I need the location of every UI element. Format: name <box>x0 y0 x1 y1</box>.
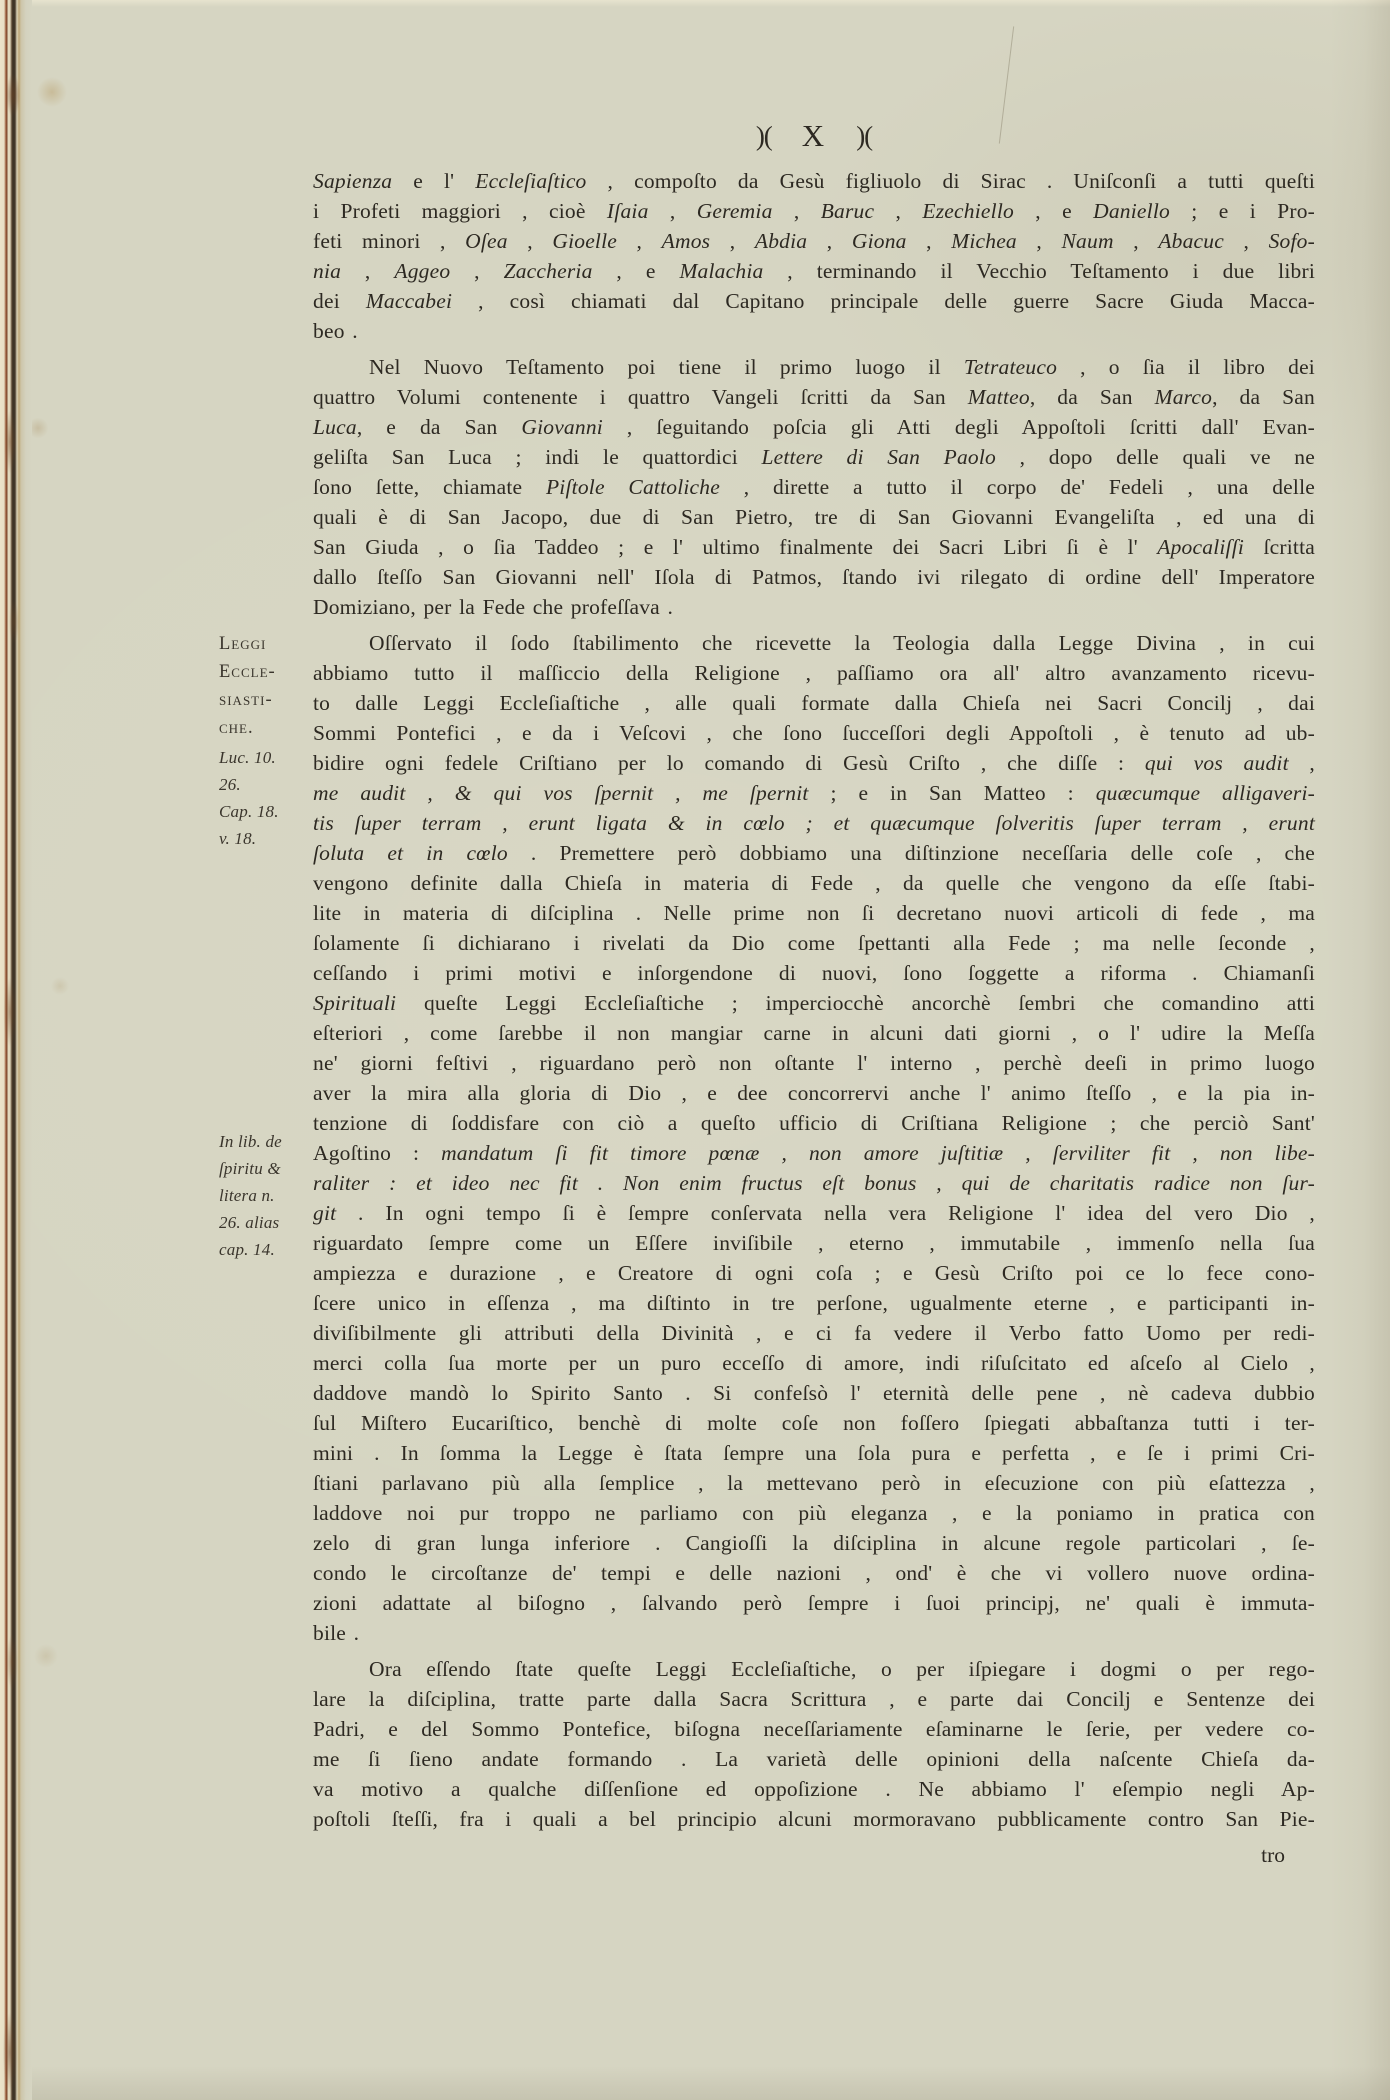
text-line: vengono definite dalla Chieſa in materia… <box>313 868 1315 898</box>
text-line: nia , Aggeo , Zaccheria , e Malachia , t… <box>313 256 1315 286</box>
text-line: daddove mandò lo Spirito Santo . Si conf… <box>313 1378 1315 1408</box>
text-line: dallo ſteſſo San Giovanni nell' Iſola di… <box>313 562 1315 592</box>
text-line: quali è di San Jacopo, due di San Pietro… <box>313 502 1315 532</box>
page-number: X <box>802 118 826 154</box>
margin-note-line: cap. 14. <box>219 1236 313 1263</box>
margin-note-line: Luc. 10. <box>219 744 313 771</box>
margin-note-line: Leggi <box>219 630 313 658</box>
catchword: tro <box>313 1840 1315 1870</box>
text-line: geliſta San Luca ; indi le quattordici L… <box>313 442 1315 472</box>
text-line: Sapienza e l' Eccleſiaſtico , compoſto d… <box>313 166 1315 196</box>
text-line: Nel Nuovo Teſtamento poi tiene il primo … <box>313 352 1315 382</box>
text-line: Sommi Pontefici , e da i Veſcovi , che ſ… <box>313 718 1315 748</box>
text-line: eſteriori , come ſarebbe il non mangiar … <box>313 1018 1315 1048</box>
margin-note-line: 26. <box>219 771 313 798</box>
margin-note-line: In lib. de <box>219 1128 313 1155</box>
paragraph: Sapienza e l' Eccleſiaſtico , compoſto d… <box>313 166 1315 346</box>
text-line: lite in materia di diſciplina . Nelle pr… <box>313 898 1315 928</box>
text-line: ſoluta et in cœlo . Premettere però dobb… <box>313 838 1315 868</box>
binding-edge <box>0 0 32 2100</box>
text-line: riguardato ſempre come un Eſſere inviſib… <box>313 1228 1315 1258</box>
text-line: bile . <box>313 1618 1315 1648</box>
text-line: merci colla ſua morte per un puro ecceſſ… <box>313 1348 1315 1378</box>
margin-note-line: ſpiritu & <box>219 1155 313 1182</box>
text-line: laddove noi pur troppo ne parliamo con p… <box>313 1498 1315 1528</box>
text-line: beo . <box>313 316 1315 346</box>
margin-note-line: che. <box>219 714 313 742</box>
text-line: ne' giorni feſtivi , riguardano però non… <box>313 1048 1315 1078</box>
text-line: zioni adattate al biſogno , ſalvando per… <box>313 1588 1315 1618</box>
text-line: abbiamo tutto il maſſiccio della Religio… <box>313 658 1315 688</box>
text-line: San Giuda , o ſia Taddeo ; e l' ultimo f… <box>313 532 1315 562</box>
text-line: Oſſervato il ſodo ſtabilimento che ricev… <box>313 628 1315 658</box>
text-line: ſono ſette, chiamate Piſtole Cattoliche … <box>313 472 1315 502</box>
margin-note: LeggiEccle-siasti-che. <box>219 630 313 742</box>
text-line: Domiziano, per la Fede che profeſſava . <box>313 592 1315 622</box>
text-line: ceſſando i primi motivi e inſorgendone d… <box>313 958 1315 988</box>
page-header: )( X )( <box>313 112 1315 160</box>
text-line: Ora eſſendo ſtate queſte Leggi Eccleſiaſ… <box>313 1654 1315 1684</box>
text-line: me audit , & qui vos ſpernit , me ſperni… <box>313 778 1315 808</box>
text-line: mini . In ſomma la Legge è ſtata ſempre … <box>313 1438 1315 1468</box>
margin-note: Luc. 10.26.Cap. 18.v. 18. <box>219 744 313 852</box>
text-line: tis ſuper terram , erunt ligata & in cœl… <box>313 808 1315 838</box>
text-line: Luca, e da San Giovanni , ſeguitando poſ… <box>313 412 1315 442</box>
text-column: )( X )( Sapienza e l' Eccleſiaſtico , co… <box>313 112 1315 1870</box>
text-line: va motivo a qualche diſſenſione ed oppoſ… <box>313 1774 1315 1804</box>
text-line: lare la diſciplina, tratte parte dalla S… <box>313 1684 1315 1714</box>
text-line: ſtiani parlavano più alla ſemplice , la … <box>313 1468 1315 1498</box>
text-line: to dalle Leggi Eccleſiaſtiche , alle qua… <box>313 688 1315 718</box>
margin-note-line: litera n. <box>219 1182 313 1209</box>
text-line: diviſibilmente gli attributi della Divin… <box>313 1318 1315 1348</box>
text-line: raliter : et ideo nec fit . Non enim fru… <box>313 1168 1315 1198</box>
paragraph: Ora eſſendo ſtate queſte Leggi Eccleſiaſ… <box>313 1654 1315 1834</box>
text-line: condo le circoſtanze de' tempi e delle n… <box>313 1558 1315 1588</box>
text-line: git . In ogni tempo ſi è ſempre conſerva… <box>313 1198 1315 1228</box>
text-line: dei Maccabei , così chiamati dal Capitan… <box>313 286 1315 316</box>
text-line: bidire ogni fedele Criſtiano per lo coma… <box>313 748 1315 778</box>
text-line: Spirituali queſte Leggi Eccleſiaſtiche ;… <box>313 988 1315 1018</box>
signature-mark-right: )( <box>856 121 872 152</box>
signature-mark-left: )( <box>756 121 772 152</box>
paragraph: Oſſervato il ſodo ſtabilimento che ricev… <box>313 628 1315 1648</box>
text-line: ſul Miſtero Eucariſtico, benchè di molte… <box>313 1408 1315 1438</box>
text-line: ſcere unico in eſſenza , ma diſtinto in … <box>313 1288 1315 1318</box>
margin-note-line: 26. alias <box>219 1209 313 1236</box>
text-line: poſtoli ſteſſi, fra i quali a bel princi… <box>313 1804 1315 1834</box>
text-line: me ſi ſieno andate formando . La varietà… <box>313 1744 1315 1774</box>
text-line: ſolamente ſi dichiarano i rivelati da Di… <box>313 928 1315 958</box>
text-line: tenzione di ſoddisfare con ciò a queſto … <box>313 1108 1315 1138</box>
text-line: Padri, e del Sommo Pontefice, biſogna ne… <box>313 1714 1315 1744</box>
margin-note-line: Eccle- <box>219 658 313 686</box>
text-line: ampiezza e durazione , e Creatore di ogn… <box>313 1258 1315 1288</box>
text-line: aver la mira alla gloria di Dio , e dee … <box>313 1078 1315 1108</box>
margin-note-line: siasti- <box>219 686 313 714</box>
text-line: quattro Volumi contenente i quattro Vang… <box>313 382 1315 412</box>
margin-note: In lib. deſpiritu &litera n.26. aliascap… <box>219 1128 313 1263</box>
paragraph: Nel Nuovo Teſtamento poi tiene il primo … <box>313 352 1315 622</box>
text-line: zelo di gran lunga inferiore . Cangioſſi… <box>313 1528 1315 1558</box>
text-block: Sapienza e l' Eccleſiaſtico , compoſto d… <box>313 166 1315 1834</box>
book-page-scan: )( X )( Sapienza e l' Eccleſiaſtico , co… <box>0 0 1390 2100</box>
margin-note-line: Cap. 18. <box>219 798 313 825</box>
margin-note-line: v. 18. <box>219 825 313 852</box>
text-line: feti minori , Oſea , Gioelle , Amos , Ab… <box>313 226 1315 256</box>
text-line: i Profeti maggiori , cioè Iſaia , Geremi… <box>313 196 1315 226</box>
text-line: Agoſtino : mandatum ſi fit timore pœnæ ,… <box>313 1138 1315 1168</box>
